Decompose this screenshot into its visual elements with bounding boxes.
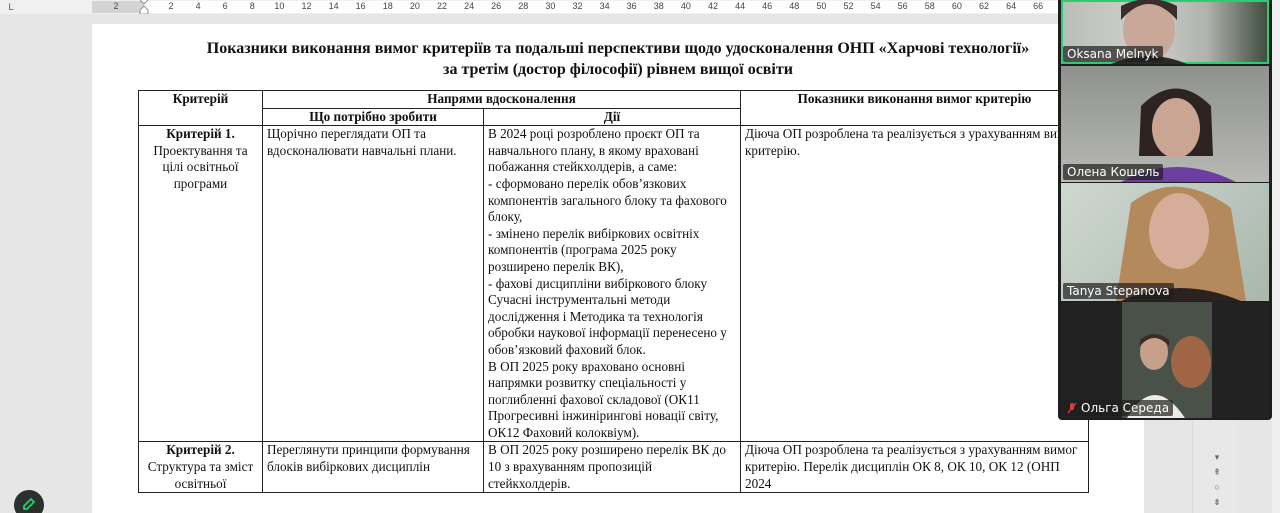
ruler-tick-label: 56: [898, 1, 908, 11]
participant-name: Ольга Середа: [1063, 400, 1173, 416]
video-call-panel[interactable]: Oksana Melnyk Олена Кошель Tanya Stepano…: [1058, 0, 1272, 420]
actions-cell: В ОП 2025 року розширено перелік ВК до 1…: [484, 442, 741, 493]
ruler-tick-label: 10: [274, 1, 284, 11]
ruler-tick-label: 62: [979, 1, 989, 11]
ruler-tick-label: 20: [410, 1, 420, 11]
header-actions: Дії: [484, 108, 741, 126]
ruler-tick-label: 24: [464, 1, 474, 11]
ruler-tick-label: 30: [545, 1, 555, 11]
criterion-title: Критерій 1.: [143, 126, 258, 143]
participant-name: Олена Кошель: [1063, 164, 1163, 180]
what-to-do-cell: Переглянути принципи формування блоків в…: [263, 442, 484, 493]
ruler-tick-label: 44: [735, 1, 745, 11]
participant-tile[interactable]: Tanya Stepanova: [1061, 183, 1269, 301]
action-line: - сформовано перелік обов’язкових компон…: [488, 176, 736, 226]
ruler-tick-label: 28: [518, 1, 528, 11]
browse-object-icon[interactable]: ○: [1211, 482, 1223, 492]
document-page[interactable]: Показники виконання вимог критеріїв та п…: [92, 24, 1144, 513]
criterion-text: Структура та зміст освітньої: [143, 459, 258, 492]
header-what-to-do: Що потрібно зробити: [263, 108, 484, 126]
participant-name-text: Ольга Середа: [1081, 401, 1169, 415]
ruler-tick-label: 36: [627, 1, 637, 11]
ruler-tick-label: 32: [572, 1, 582, 11]
previous-page-icon[interactable]: ⇞: [1211, 467, 1223, 478]
participant-name: Oksana Melnyk: [1063, 46, 1163, 62]
window-edge: [1272, 0, 1280, 513]
ruler-tick-label: 18: [383, 1, 393, 11]
header-criterion: Критерій: [139, 91, 263, 126]
indicators-cell: Діюча ОП розроблена та реалізується з ур…: [741, 126, 1089, 442]
header-indicators: Показники виконання вимог критерію: [741, 91, 1089, 126]
ruler-tick-label: 46: [762, 1, 772, 11]
ruler-tick-label: 42: [708, 1, 718, 11]
title-line-2: за третім (достор філософії) рівнем вищо…: [92, 59, 1144, 80]
indicators-cell: Діюча ОП розроблена та реалізується з ур…: [741, 442, 1089, 493]
ruler-tick-label: 52: [843, 1, 853, 11]
ruler-tick-label: 40: [681, 1, 691, 11]
tab-selector-icon[interactable]: L: [4, 2, 18, 13]
ruler-margin-number: 2: [113, 1, 118, 11]
criterion-cell: Критерій 1. Проектування та цілі освітнь…: [139, 126, 263, 442]
what-to-do-cell: Щорічно переглядати ОП та вдосконалювати…: [263, 126, 484, 442]
ruler-tick-label: 38: [654, 1, 664, 11]
ruler-tick-label: 34: [600, 1, 610, 11]
action-line: В 2024 році розроблено проєкт ОП та навч…: [488, 126, 736, 176]
ruler-tick-label: 48: [789, 1, 799, 11]
actions-cell: В 2024 році розроблено проєкт ОП та навч…: [484, 126, 741, 442]
ruler-tick-label: 2: [168, 1, 173, 11]
ruler-tick-label: 22: [437, 1, 447, 11]
table-row: Критерій 2. Структура та зміст освітньої…: [139, 442, 1089, 493]
table-row: Критерій 1. Проектування та цілі освітнь…: [139, 126, 1089, 442]
title-line-1: Показники виконання вимог критеріїв та п…: [92, 38, 1144, 59]
ruler-tick-label: 12: [301, 1, 311, 11]
ruler-tick-label: 26: [491, 1, 501, 11]
mic-muted-icon: [1067, 402, 1077, 414]
table-header-row: Критерій Напрями вдосконалення Показники…: [139, 91, 1089, 109]
action-line: - фахові дисципліни вибіркового блоку Су…: [488, 276, 736, 359]
ruler-tick-label: 4: [196, 1, 201, 11]
participant-name: Tanya Stepanova: [1063, 283, 1174, 299]
ruler-tick-label: 8: [250, 1, 255, 11]
ruler-tick-label: 60: [952, 1, 962, 11]
criterion-title: Критерій 2.: [143, 442, 258, 459]
ruler-tick-label: 16: [356, 1, 366, 11]
ruler-tick-label: 50: [816, 1, 826, 11]
ruler-tick-label: 64: [1006, 1, 1016, 11]
participant-tile[interactable]: Олена Кошель: [1061, 66, 1269, 182]
ruler-tick-label: 54: [871, 1, 881, 11]
criterion-cell: Критерій 2. Структура та зміст освітньої: [139, 442, 263, 493]
action-line: - змінено перелік вибіркових освітніх ко…: [488, 226, 736, 276]
participant-tile[interactable]: Ольга Середа: [1061, 302, 1269, 418]
criteria-table: Критерій Напрями вдосконалення Показники…: [138, 90, 1089, 493]
ruler-tick-label: 58: [925, 1, 935, 11]
ruler-tick-label: 14: [329, 1, 339, 11]
header-directions: Напрями вдосконалення: [263, 91, 741, 109]
pencil-icon: [21, 496, 37, 512]
participant-tile[interactable]: Oksana Melnyk: [1061, 0, 1269, 64]
action-line: В ОП 2025 року враховано основні напрямк…: [488, 359, 736, 442]
criterion-text: Проектування та цілі освітньої програми: [143, 143, 258, 193]
document-title: Показники виконання вимог критеріїв та п…: [92, 38, 1144, 80]
scroll-down-arrow-icon[interactable]: ▾: [1211, 452, 1223, 463]
ruler-tick-label: 66: [1033, 1, 1043, 11]
action-line: В ОП 2025 року розширено перелік ВК до 1…: [488, 442, 736, 492]
ruler-tick-label: 6: [223, 1, 228, 11]
edit-button[interactable]: [14, 490, 44, 513]
next-page-icon[interactable]: ⇟: [1211, 497, 1223, 508]
